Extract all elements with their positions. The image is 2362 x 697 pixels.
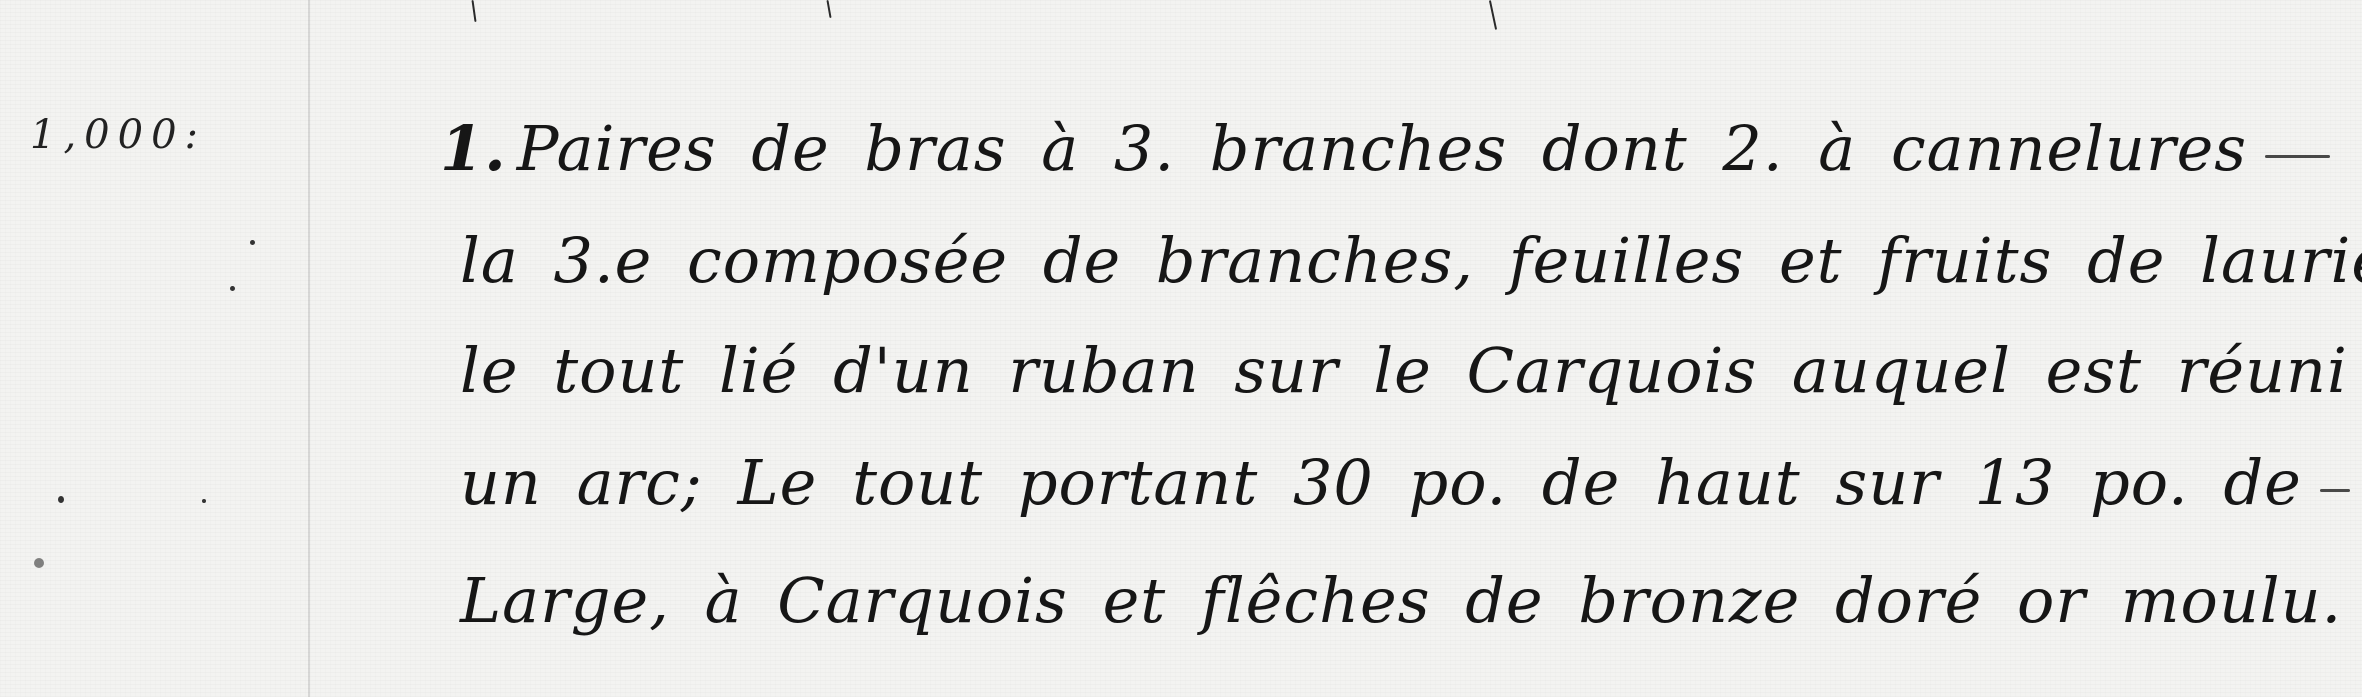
ink-speck (250, 240, 255, 245)
entry-line-2: la 3.e composée de branches, feuilles et… (460, 182, 2342, 292)
item-number: 1. (440, 118, 507, 180)
margin-rule (308, 0, 310, 697)
line-filler-dash (2265, 155, 2330, 158)
entry-line-text: un arc; Le tout portant 30 po. de haut s… (460, 452, 2302, 514)
entry-line-text: Large, à Carquois et flêches de bronze d… (460, 570, 2342, 632)
entry-line-4: un arc; Le tout portant 30 po. de haut s… (460, 404, 2350, 514)
entry-line-3: le tout lié d'un ruban sur le Carquois a… (460, 292, 2350, 402)
line-filler-dash (2320, 489, 2350, 492)
entry-line-text: le tout lié d'un ruban sur le Carquois a… (460, 340, 2348, 402)
entry-line-5: Large, à Carquois et flêches de bronze d… (460, 522, 2350, 632)
ink-speck (58, 496, 64, 503)
ink-speck (34, 558, 44, 568)
ink-speck (202, 499, 206, 503)
entry-line-text: Paires de bras à 3. branches dont 2. à c… (517, 118, 2247, 180)
ink-speck (230, 286, 235, 291)
entry-line-text: la 3.e composée de branches, feuilles et… (460, 230, 2362, 292)
entry-line-1: 1. Paires de bras à 3. branches dont 2. … (440, 70, 2330, 180)
margin-value: 1,000: (30, 112, 206, 158)
